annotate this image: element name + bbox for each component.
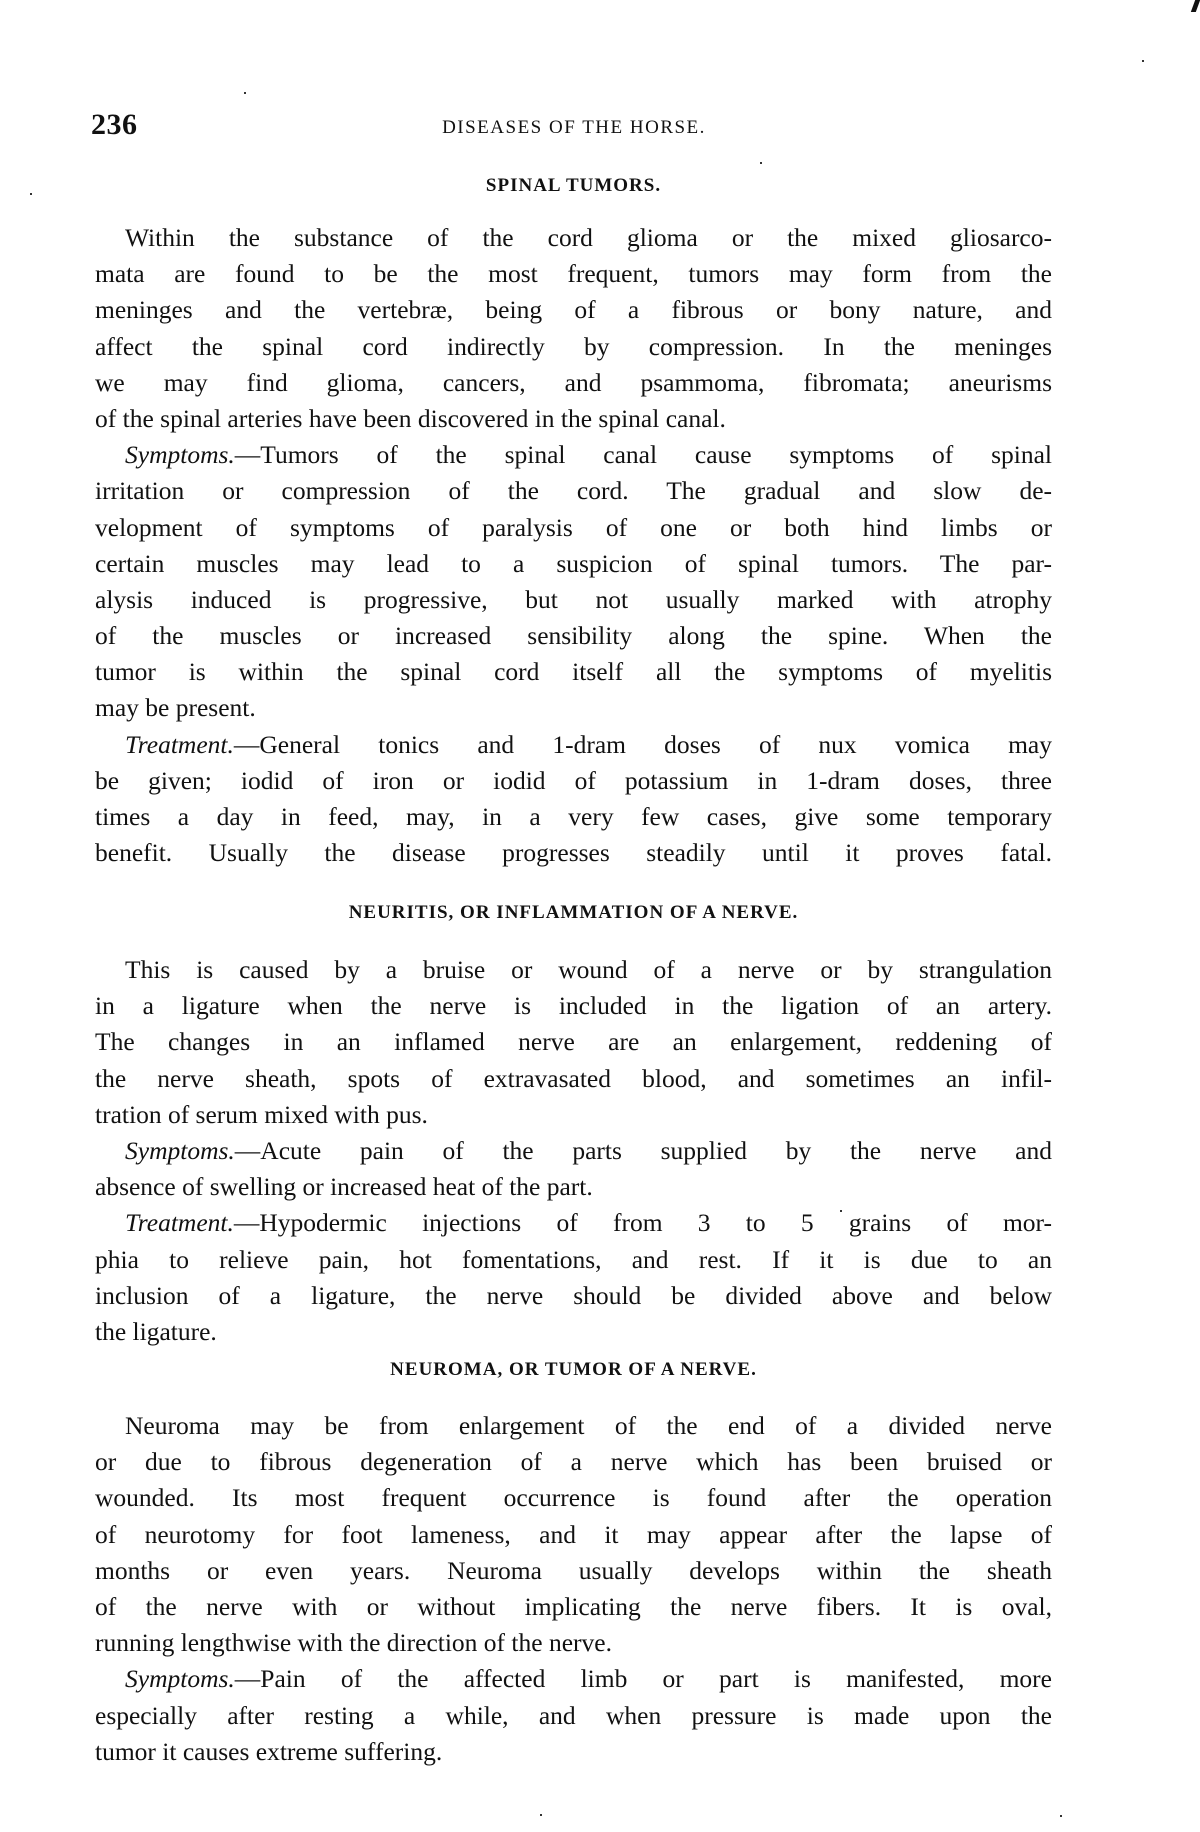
text-line: wounded. Its most frequent occurrence is… <box>95 1480 1052 1516</box>
text-line: may be present. <box>95 690 1052 726</box>
paragraph-lead-symptoms: Symptoms. <box>125 1664 235 1693</box>
paragraph-lead-treatment: Treatment. <box>125 730 234 759</box>
paragraph-lead-symptoms: Symptoms. <box>125 1136 235 1165</box>
scan-speck <box>760 162 762 164</box>
text-line: running lengthwise with the direction of… <box>95 1625 1052 1661</box>
text-line: Neuroma may be from enlargement of the e… <box>95 1408 1052 1444</box>
paragraph-lead-treatment: Treatment. <box>125 1208 234 1237</box>
text-line: the ligature. <box>95 1314 1052 1350</box>
text-line: we may find glioma, cancers, and psammom… <box>95 365 1052 401</box>
scan-speck <box>540 1814 542 1816</box>
text-line: irritation or compression of the cord. T… <box>95 473 1052 509</box>
scan-speck <box>1060 1815 1062 1817</box>
paragraph-symptoms: Symptoms.—Pain of the affected limb or p… <box>95 1661 1052 1770</box>
paragraph-symptoms: Symptoms.—Tumors of the spinal canal cau… <box>95 437 1052 727</box>
text-line: inclusion of a ligature, the nerve shoul… <box>95 1278 1052 1314</box>
text-line: Symptoms.—Pain of the affected limb or p… <box>95 1661 1052 1697</box>
text-line: tumor is within the spinal cord itself a… <box>95 654 1052 690</box>
scan-artifact-mark <box>1191 0 1200 12</box>
text-line: meninges and the vertebræ, being of a fi… <box>95 292 1052 328</box>
text-run: —Pain of the affected limb or part is ma… <box>235 1664 1052 1693</box>
running-title: DISEASES OF THE HORSE. <box>398 116 750 140</box>
text-line: Treatment.—General tonics and 1-dram dos… <box>95 727 1052 763</box>
scan-speck <box>244 92 246 94</box>
text-line: of the muscles or increased sensibility … <box>95 618 1052 654</box>
section-heading-spinal-tumors: SPINAL TUMORS. <box>95 174 1052 198</box>
text-line: tration of serum mixed with pus. <box>95 1097 1052 1133</box>
text-line: phia to relieve pain, hot fomentations, … <box>95 1242 1052 1278</box>
text-line: mata are found to be the most frequent, … <box>95 256 1052 292</box>
scan-speck <box>30 193 32 195</box>
text-line: of neurotomy for foot lameness, and it m… <box>95 1517 1052 1553</box>
text-line: tumor it causes extreme suffering. <box>95 1734 1052 1770</box>
scan-speck <box>1142 60 1144 62</box>
text-line: Treatment.—Hypodermic injections of from… <box>95 1205 1052 1241</box>
text-line: in a ligature when the nerve is included… <box>95 988 1052 1024</box>
text-line: or due to fibrous degeneration of a nerv… <box>95 1444 1052 1480</box>
text-line: Symptoms.—Tumors of the spinal canal cau… <box>95 437 1052 473</box>
text-run: —Hypodermic injections of from 3 to 5 gr… <box>234 1208 1052 1237</box>
text-line: affect the spinal cord indirectly by com… <box>95 329 1052 365</box>
text-line: months or even years. Neuroma usually de… <box>95 1553 1052 1589</box>
text-line: Symptoms.—Acute pain of the parts suppli… <box>95 1133 1052 1169</box>
section-body-spinal-tumors: Within the substance of the cord glioma … <box>95 220 1052 871</box>
page-number: 236 <box>91 108 138 142</box>
text-line: of the spinal arteries have been discove… <box>95 401 1052 437</box>
section-body-neuritis: This is caused by a bruise or wound of a… <box>95 952 1052 1350</box>
paragraph-intro: Within the substance of the cord glioma … <box>95 220 1052 437</box>
paragraph-lead-symptoms: Symptoms. <box>125 440 235 469</box>
paragraph-symptoms: Symptoms.—Acute pain of the parts suppli… <box>95 1133 1052 1205</box>
text-line: absence of swelling or increased heat of… <box>95 1169 1052 1205</box>
paragraph-treatment: Treatment.—General tonics and 1-dram dos… <box>95 727 1052 872</box>
section-heading-neuritis: NEURITIS, OR INFLAMMATION OF A NERVE. <box>95 901 1052 925</box>
paragraph-treatment: Treatment.—Hypodermic injections of from… <box>95 1205 1052 1350</box>
text-line: especially after resting a while, and wh… <box>95 1698 1052 1734</box>
paragraph-intro: This is caused by a bruise or wound of a… <box>95 952 1052 1133</box>
text-line: the nerve sheath, spots of extravasated … <box>95 1061 1052 1097</box>
text-line: times a day in feed, may, in a very few … <box>95 799 1052 835</box>
section-body-neuroma: Neuroma may be from enlargement of the e… <box>95 1408 1052 1770</box>
text-line: alysis induced is progressive, but not u… <box>95 582 1052 618</box>
running-head: 236 DISEASES OF THE HORSE. <box>91 108 1052 142</box>
text-line: velopment of symptoms of paralysis of on… <box>95 510 1052 546</box>
text-line: certain muscles may lead to a suspicion … <box>95 546 1052 582</box>
text-line: The changes in an inflamed nerve are an … <box>95 1024 1052 1060</box>
text-run: —Acute pain of the parts supplied by the… <box>235 1136 1052 1165</box>
paragraph-intro: Neuroma may be from enlargement of the e… <box>95 1408 1052 1661</box>
section-heading-neuroma: NEUROMA, OR TUMOR OF A NERVE. <box>95 1358 1052 1382</box>
text-run: —Tumors of the spinal canal cause sympto… <box>235 440 1052 469</box>
text-run: —General tonics and 1-dram doses of nux … <box>234 730 1052 759</box>
text-line: benefit. Usually the disease progresses … <box>95 835 1052 871</box>
text-line: of the nerve with or without implicating… <box>95 1589 1052 1625</box>
text-line: Within the substance of the cord glioma … <box>95 220 1052 256</box>
text-line: This is caused by a bruise or wound of a… <box>95 952 1052 988</box>
text-line: be given; iodid of iron or iodid of pota… <box>95 763 1052 799</box>
